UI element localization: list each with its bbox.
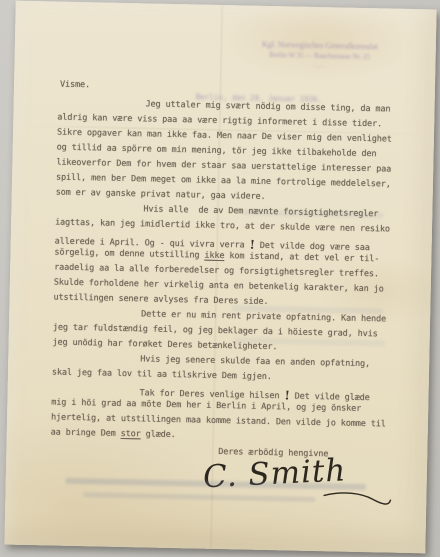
text-segment: kom istand, at det vel er til- xyxy=(224,251,379,264)
paragraphs: Jeg uttaler mig svært nödig om disse tin… xyxy=(50,98,399,450)
handwritten-exclamation: ! xyxy=(284,388,290,402)
text-segment: Det vilde glæde xyxy=(290,391,370,403)
letterhead: Kgl. Norwegisches Generalkonsulat Berlin… xyxy=(236,38,403,74)
salutation: Visme. xyxy=(60,80,90,91)
text-segment: stor xyxy=(121,429,141,439)
letterhead-line: · — · xyxy=(236,60,402,74)
handwritten-exclamation: ! xyxy=(249,237,255,251)
text-segment: sörgelig, om denne utstilling xyxy=(54,248,204,261)
letter-document: Kgl. Norwegisches Generalkonsulat Berlin… xyxy=(4,1,436,554)
signature-flourish-icon xyxy=(322,486,393,511)
text-segment: ikke xyxy=(204,251,224,261)
letter-body: Jeg uttaler mig svært nödig om disse tin… xyxy=(50,98,399,466)
text-segment: glæde. xyxy=(141,429,176,440)
text-segment: aa bringe Dem xyxy=(51,427,121,438)
text-segment: Jeg uttaler mig svært nödig om disse tin… xyxy=(145,99,390,114)
